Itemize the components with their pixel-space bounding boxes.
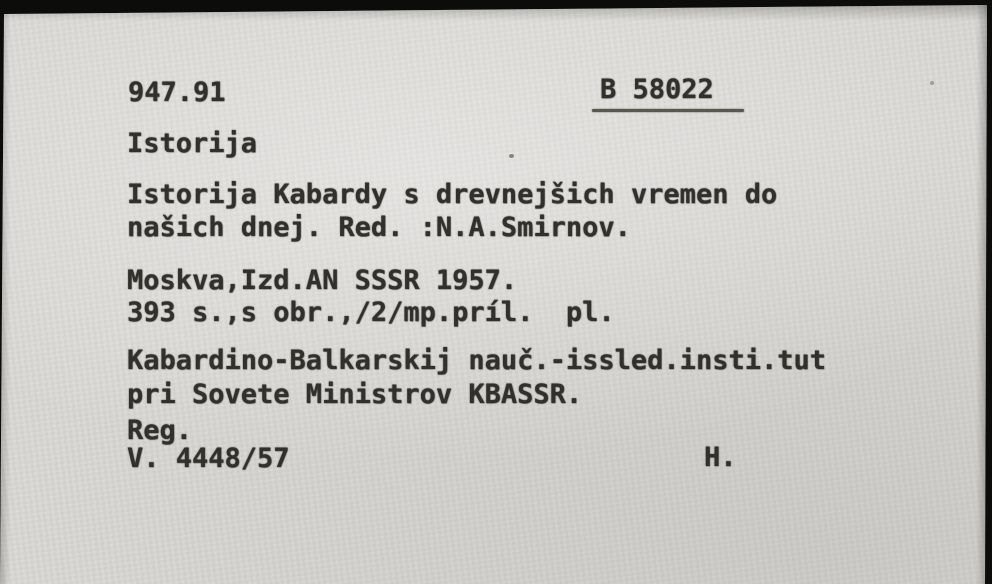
corporate-author-line-2: pri Sovete Ministrov KBASSR. <box>127 381 582 408</box>
call-number: B 58022 <box>600 76 714 103</box>
title-line-1: Istorija Kabardy s drevnejšich vremen do <box>127 181 777 208</box>
ink-speck <box>509 154 514 158</box>
catalog-card: 947.91 B 58022 Istorija Istorija Kabardy… <box>0 0 992 584</box>
photo-background: 947.91 B 58022 Istorija Istorija Kabardy… <box>0 0 992 584</box>
collation-line: 393 s.,s obr.,/2/mp.príl. pl. <box>127 299 615 326</box>
subject-heading: Istorija <box>127 130 257 157</box>
card-left-edge-shadow <box>0 0 10 584</box>
cataloger-initial: H. <box>704 444 737 471</box>
imprint-line: Moskva,Izd.AN SSSR 1957. <box>127 267 517 294</box>
corporate-author-line-1: Kabardino-Balkarskij nauč.-issled.insti.… <box>127 347 826 374</box>
registration-label: Reg. <box>127 417 192 444</box>
call-number-underline <box>592 109 744 112</box>
card-right-edge-shadow <box>976 0 992 584</box>
title-line-2: našich dnej. Red. :N.A.Smirnov. <box>127 214 631 241</box>
classification-number: 947.91 <box>128 79 226 106</box>
card-top-edge-shadow <box>0 0 992 28</box>
registration-number: V. 4448/57 <box>127 445 290 472</box>
ink-speck <box>930 81 934 85</box>
